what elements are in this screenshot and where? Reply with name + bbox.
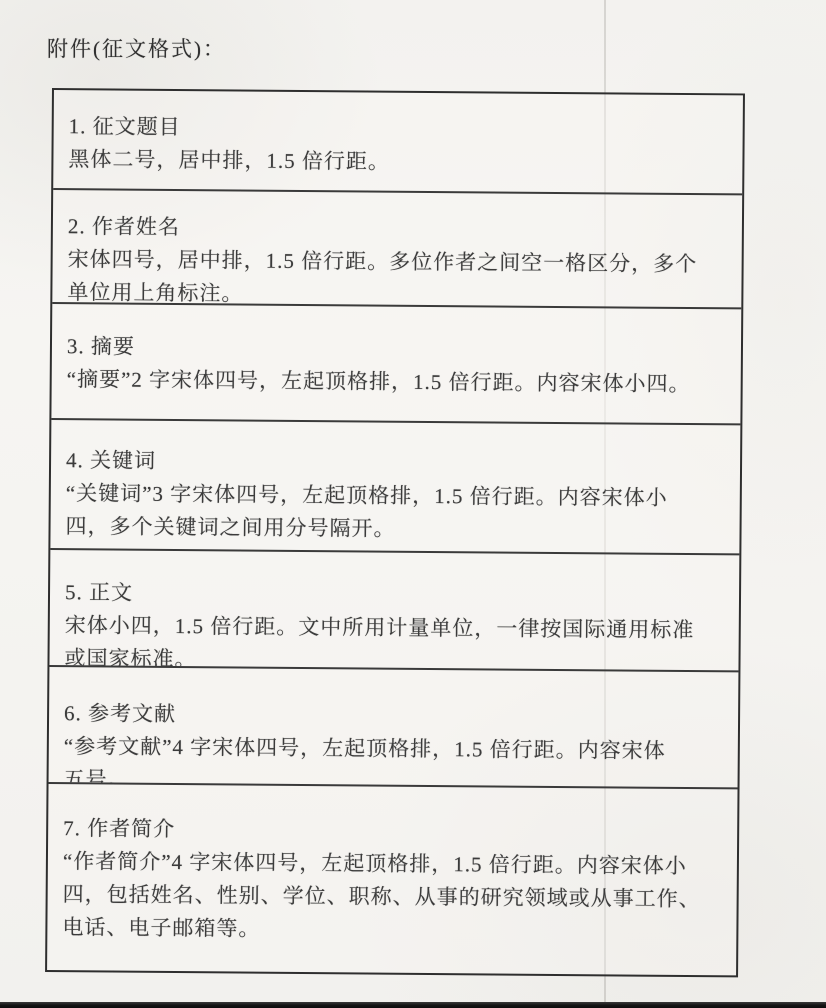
row-title: 4. 关键词 [66, 444, 738, 482]
row-body: “作者简介”4 字宋体四号，左起顶格排，1.5 倍行距。内容宋体小 四，包括姓名… [62, 845, 735, 949]
row-body: “摘要”2 字宋体四号，左起顶格排，1.5 倍行距。内容宋体小四。 [67, 363, 739, 401]
table-row-main-text: 5. 正文 宋体小四，1.5 倍行距。文中所用计量单位，一律按国际通用标准 或国… [49, 548, 739, 670]
table-row-references: 6. 参考文献 “参考文献”4 字宋体四号，左起顶格排，1.5 倍行距。内容宋体… [49, 665, 739, 787]
row-body: 宋体四号，居中排，1.5 倍行距。多位作者之间空一格区分，多个 单位用上角标注。 [67, 243, 739, 307]
row-body: 宋体小四，1.5 倍行距。文中所用计量单位，一律按国际通用标准 或国家标准。 [64, 609, 736, 670]
row-body: “关键词”3 字宋体四号，左起顶格排，1.5 倍行距。内容宋体小 四，多个关键词… [65, 477, 737, 548]
table-row-author-bio: 7. 作者简介 “作者简介”4 字宋体四号，左起顶格排，1.5 倍行距。内容宋体… [47, 782, 737, 975]
table-row-author-name: 2. 作者姓名 宋体四号，居中排，1.5 倍行距。多位作者之间空一格区分，多个 … [52, 188, 742, 307]
table-row-keywords: 4. 关键词 “关键词”3 字宋体四号，左起顶格排，1.5 倍行距。内容宋体小 … [50, 418, 740, 553]
row-title: 1. 征文题目 [69, 110, 741, 148]
row-title: 7. 作者简介 [63, 812, 735, 850]
scanner-edge-bar [0, 1002, 826, 1008]
row-body: “参考文献”4 字宋体四号，左起顶格排，1.5 倍行距。内容宋体 五号。 [63, 730, 735, 787]
row-title: 6. 参考文献 [64, 697, 736, 735]
row-title: 3. 摘要 [67, 330, 739, 368]
scanned-document-page: { "page": { "heading": "附件(征文格式)：", "pap… [0, 0, 826, 1008]
table-row-abstract: 3. 摘要 “摘要”2 字宋体四号，左起顶格排，1.5 倍行距。内容宋体小四。 [51, 302, 741, 423]
row-title: 2. 作者姓名 [68, 210, 740, 248]
row-body: 黑体二号，居中排，1.5 倍行距。 [68, 143, 740, 181]
table-row-essay-title: 1. 征文题目 黑体二号，居中排，1.5 倍行距。 [53, 90, 743, 193]
row-title: 5. 正文 [65, 576, 737, 614]
format-requirements-table: 1. 征文题目 黑体二号，居中排，1.5 倍行距。 2. 作者姓名 宋体四号，居… [45, 88, 745, 977]
page-title: 附件(征文格式)： [47, 33, 226, 63]
